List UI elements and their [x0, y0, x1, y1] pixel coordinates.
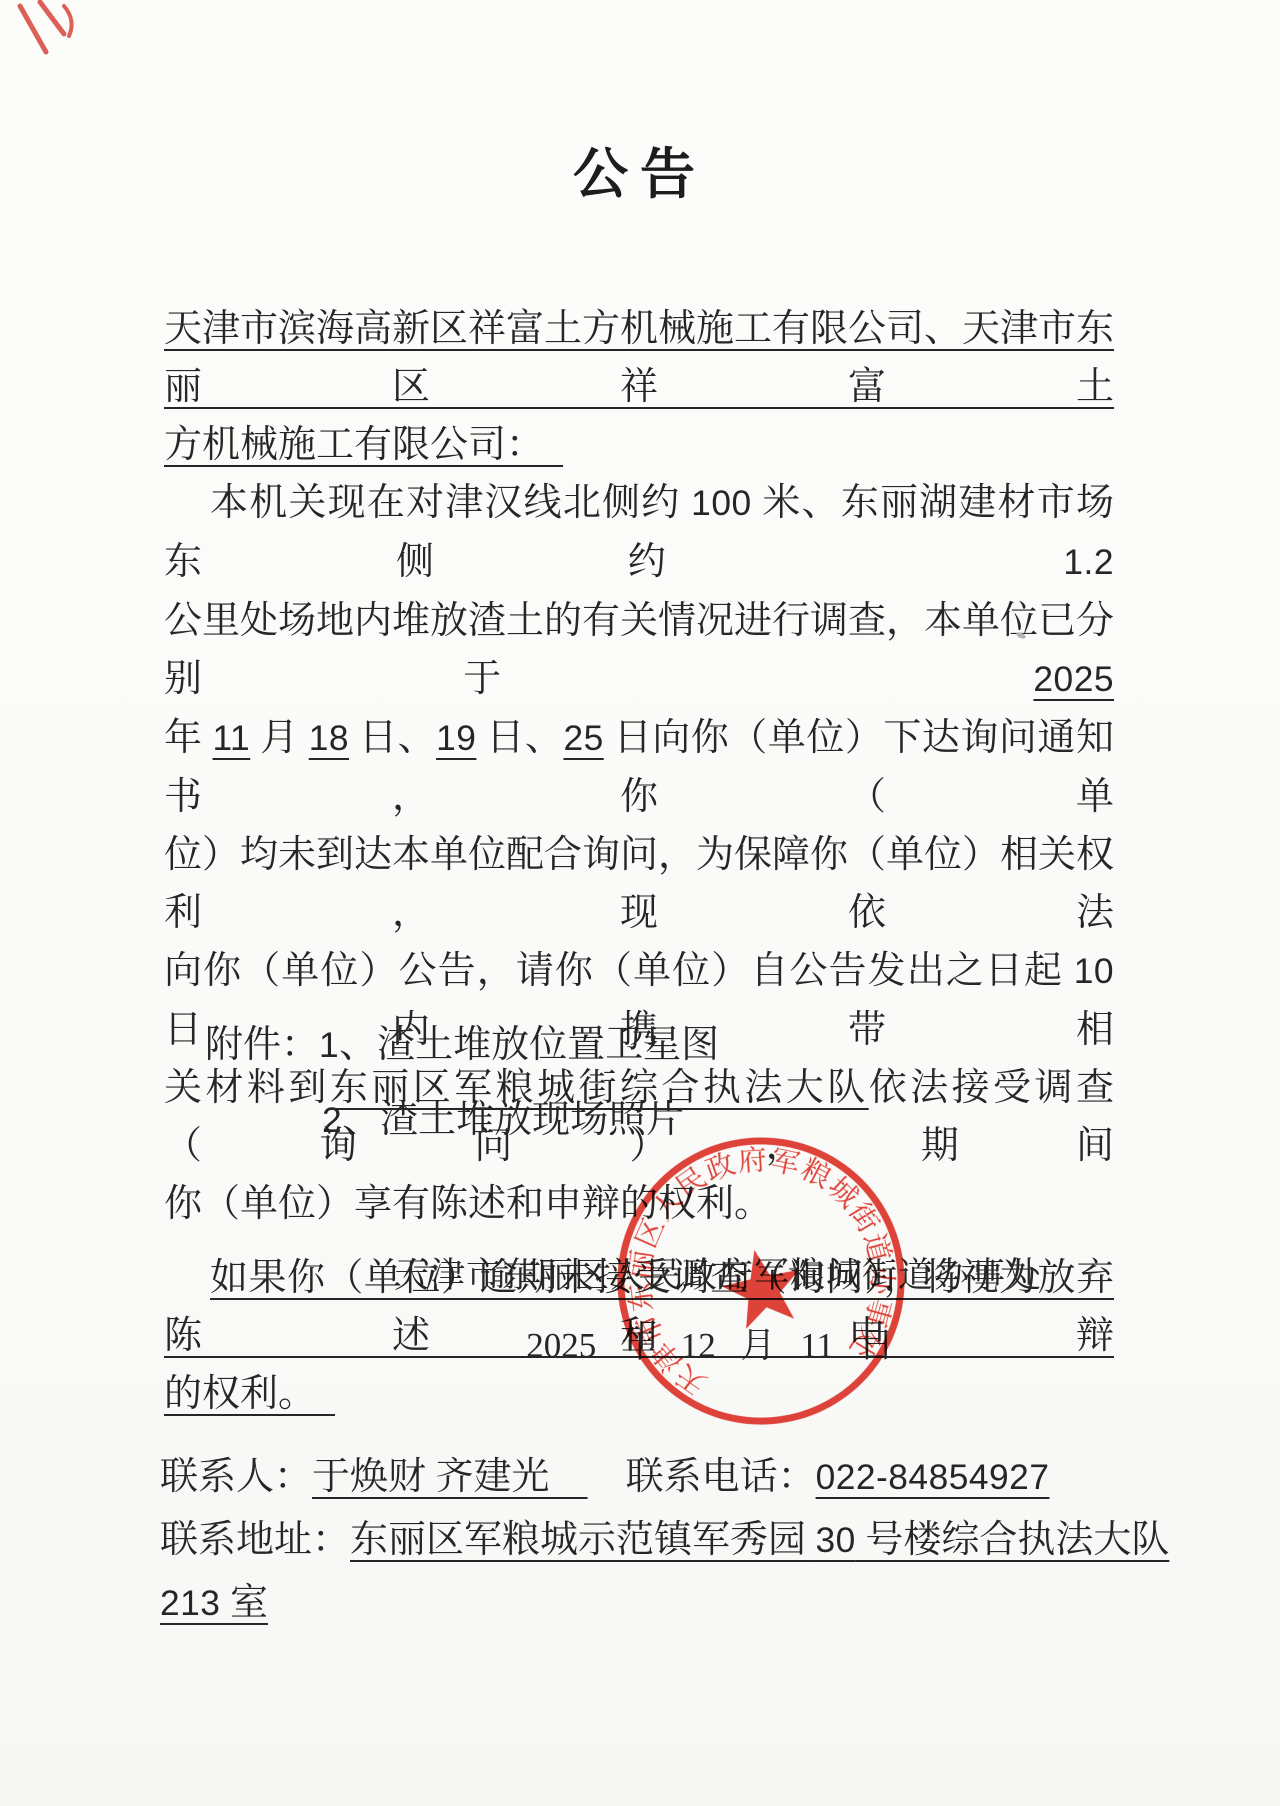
document-line: 方机械施工有限公司： — [164, 416, 1114, 474]
underlined-text — [525, 424, 563, 466]
text-run: 联系电话： — [626, 1456, 816, 1498]
text-run: 本机关现在对津汉线北侧约 — [210, 482, 691, 524]
underlined-text: 天津市滨海高新区祥富土方机械施工有限公司、天津市东丽区祥富土 — [164, 308, 1114, 408]
document-line: 公里处场地内堆放渣土的有关情况进行调查，本单位已分别于 2025 — [164, 592, 1114, 709]
document-line: 位）均未到达本单位配合询问，为保障你（单位）相关权利，现依法 — [164, 826, 1114, 942]
text-run: 联系人： — [160, 1456, 312, 1498]
document-line: 本机关现在对津汉线北侧约 100 米、东丽湖建材市场东侧约 1.2 — [164, 474, 1114, 592]
underlined-text: 东丽区军粮城示范镇军秀园 — [350, 1519, 816, 1561]
document-line: 天津市滨海高新区祥富土方机械施工有限公司、天津市东丽区祥富土 — [164, 300, 1114, 416]
text-run: 1.2 — [1063, 543, 1114, 582]
underlined-text: 19 — [436, 719, 476, 758]
underlined-text: 号楼综合执法大队 — [856, 1519, 1170, 1561]
contact-line: 联系人：于焕财 齐建光 联系电话：022-84854927 — [160, 1446, 1230, 1509]
underlined-text: 室 — [220, 1582, 268, 1624]
underlined-text: 于焕财 齐建光 — [312, 1456, 550, 1498]
contact-info: 联系人：于焕财 齐建光 联系电话：022-84854927联系地址：东丽区军粮城… — [160, 1446, 1230, 1635]
document-title: 公告 — [0, 130, 1280, 209]
text-run: 1 — [319, 1026, 339, 1065]
text-run: 、渣土堆放现场照片 — [342, 1099, 684, 1141]
underlined-text: 18 — [309, 719, 349, 758]
underlined-text: 方机械施工有限公司： — [164, 424, 525, 466]
text-run: 年 — [164, 717, 213, 759]
underlined-text — [550, 1456, 588, 1498]
underlined-text: 022-84854927 — [816, 1458, 1050, 1497]
text-run: 月 — [250, 717, 309, 759]
text-run: 日、 — [476, 717, 563, 759]
attachments-list: 附件：1、渣土堆放位置卫星图2、渣土堆放现场照片 — [205, 1008, 719, 1158]
underlined-text: 的权利。 — [164, 1373, 297, 1415]
text-run — [588, 1456, 626, 1498]
official-seal: 天津市东丽区人民政府军粮城街道办事处 — [584, 1104, 937, 1457]
text-run: 、渣土堆放位置卫星图 — [339, 1024, 719, 1066]
underlined-text: 2025 — [1033, 660, 1114, 699]
underlined-text: 30 — [816, 1521, 856, 1560]
underlined-text — [297, 1373, 335, 1415]
scanned-notice-page: 公告 天津市滨海高新区祥富土方机械施工有限公司、天津市东丽区祥富土方机械施工有限… — [0, 0, 1280, 1806]
text-run: 10 — [1074, 952, 1114, 991]
document-line: 年 11 月 18 日、19 日、25 日向你（单位）下达询问通知书，你（单 — [164, 709, 1114, 826]
text-run: 附件： — [205, 1024, 319, 1066]
text-run: 2 — [322, 1101, 342, 1140]
text-run: 公里处场地内堆放渣土的有关情况进行调查，本单位已分别于 — [164, 600, 1114, 700]
attachment-item: 2、渣土堆放现场照片 — [205, 1083, 719, 1158]
attachment-item: 附件：1、渣土堆放位置卫星图 — [205, 1008, 719, 1083]
text-run: 向你（单位）公告，请你（单位）自公告发出之日起 — [164, 950, 1074, 992]
underlined-text: 213 — [160, 1584, 220, 1623]
underlined-text: 25 — [563, 719, 603, 758]
text-run: 联系地址： — [160, 1519, 350, 1561]
red-pen-marks — [6, 0, 116, 72]
seal-star-icon — [716, 1242, 809, 1332]
underlined-text: 11 — [213, 719, 251, 758]
text-run: 100 — [691, 484, 751, 523]
text-run: 日、 — [349, 717, 436, 759]
text-run: 位）均未到达本单位配合询问，为保障你（单位）相关权利，现依法 — [164, 834, 1114, 934]
contact-line: 联系地址：东丽区军粮城示范镇军秀园 30 号楼综合执法大队 213 室 — [160, 1509, 1230, 1635]
